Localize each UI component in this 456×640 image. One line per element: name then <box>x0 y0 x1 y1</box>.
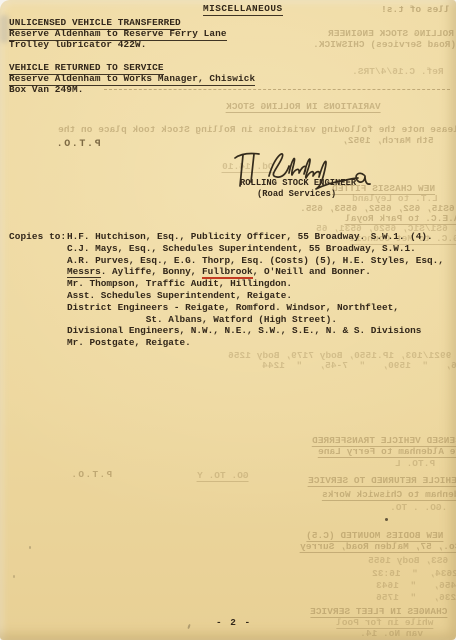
copies-recipient: H.F. Hutchison, Esq., Publicity Officer,… <box>67 231 444 243</box>
bleed-line: (Road Services) CHISWICK. <box>313 39 456 50</box>
bleed-pto: P.T.O. <box>55 139 101 150</box>
ink-speck <box>385 518 388 521</box>
copies-recipient: Mr. Thompson, Traffic Audit, Hillingdon. <box>67 278 444 290</box>
copies-recipient: C.J. Mays, Esq., Schedules Superintenden… <box>67 243 444 255</box>
bleed-dashed-rule <box>104 89 450 90</box>
ink-speck <box>29 546 31 549</box>
bleed-line: Reserve Aldenham to Ferry Lane <box>318 446 456 458</box>
copies-recipient: A.R. Purves, Esq., E.G. Thorp, Esq. (Cos… <box>67 255 444 267</box>
copies-list: H.F. Hutchison, Esq., Publicity Officer,… <box>67 231 444 349</box>
copies-recipient: St. Albans, Watford (High Street). <box>67 314 444 326</box>
bleed-line: VEHICLE RETURNED TO SERVICE <box>308 475 456 487</box>
page-section-title: MISCELLANEOUS <box>203 3 283 16</box>
bleed-line: 6S3, Body 1655 <box>368 555 448 566</box>
copies-recipient: District Engineers - Reigate, Romford. W… <box>67 302 444 314</box>
bleed-line: lles of t.s! <box>381 4 450 15</box>
ink-speck <box>187 624 191 629</box>
bleed-line: .GO. . TO. <box>390 502 447 513</box>
bleed-line: 236, " 1756 <box>376 592 456 603</box>
bleed-line: Ref. C.16/4/TRS. <box>352 66 444 77</box>
memo-page: lles of t.s! ROLLING STOCK ENGINEER (Roa… <box>0 0 456 640</box>
messrs-underlined: Messrs <box>67 266 101 278</box>
bleed-line: VARIATIONS IN ROLLING STOCK <box>226 101 381 113</box>
bleed-line: P.TO. L <box>395 458 435 469</box>
bleed-line: T.4 Ayr & Co., 57, Malden Road, Surrey <box>300 541 456 553</box>
bleed-pto: P.T.O. <box>70 469 112 480</box>
bleed-line: 2634, " 16:32 <box>372 568 456 579</box>
copies-recipient-text: , O'Neill and Bonner. <box>253 266 371 277</box>
bleed-line: ROLLING STOCK ENGINEER <box>328 28 454 39</box>
returned-to-service-vehicle: Box Van 249M. <box>9 84 83 95</box>
copies-recipient: Mr. Postgate, Reigate. <box>67 337 444 349</box>
bleed-line: " 10.6, " 1590, " 7-45, " 1244 <box>262 360 456 371</box>
signatory-subtitle: (Road Services) <box>257 189 336 200</box>
bleed-line: GO. TO. Y <box>197 470 249 482</box>
signatory-title: ROLLING STOCK ENGINEER <box>240 178 356 189</box>
unlicensed-transfer-vehicle: Trolley lubricator 422W. <box>9 39 146 50</box>
scan-corner-mark <box>0 15 9 43</box>
copies-recipient: Messrs. Ayliffe, Bonny, Fullbrook, O'Nei… <box>67 266 444 278</box>
bleed-line: Aldenham to Chiswick Works <box>322 489 456 501</box>
copies-recipient: Divisional Engineers, N.W., N.E., S.W., … <box>67 325 444 337</box>
bleed-line: 456, " 1643 <box>376 580 456 591</box>
ink-speck <box>13 575 15 578</box>
copies-recipient-text: . Ayliffe, Bonny, <box>101 266 202 277</box>
copies-recipient: Asst. Schedules Superintendent, Reigate. <box>67 290 444 302</box>
page-number: - 2 - <box>216 617 252 628</box>
bleed-line: van No. 14. <box>360 628 423 639</box>
bleed-line: Please note the following variations in … <box>58 124 456 135</box>
copies-label: Copies to: <box>9 231 66 242</box>
